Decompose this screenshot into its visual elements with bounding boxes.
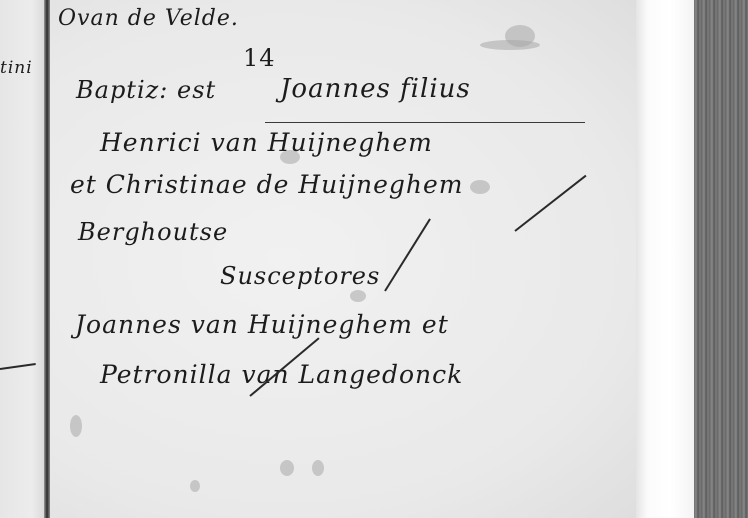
ink-stain — [190, 480, 200, 492]
previous-entry-line: Ovan de Velde. — [58, 6, 239, 31]
place-name: Berghoutse — [78, 218, 228, 246]
register-page: Ovan de Velde. 14 Baptiz: est Joannes fi… — [50, 0, 636, 518]
baptized-label: Baptiz: est — [76, 76, 216, 104]
susceptores-heading: Susceptores — [220, 262, 380, 290]
left-page: tini — [0, 0, 46, 518]
godfather-name: Joannes van Huijneghem et — [75, 310, 449, 339]
underline — [265, 122, 585, 123]
ink-stain — [70, 415, 82, 437]
father-name: Henrici van Huijneghem — [100, 128, 433, 157]
correction-stroke — [384, 218, 431, 291]
page-edge — [636, 0, 694, 518]
child-name: Joannes filius — [280, 74, 471, 104]
margin-fragment: tini — [0, 58, 33, 78]
entry-number: 14 — [243, 44, 276, 72]
ink-stain — [280, 460, 294, 476]
correction-stroke — [514, 175, 586, 232]
godmother-name: Petronilla van Langedonck — [100, 360, 463, 389]
margin-stroke — [0, 363, 36, 370]
mother-name: et Christinae de Huijneghem — [70, 170, 463, 199]
book-cover-edge — [694, 0, 748, 518]
ink-stain — [470, 180, 490, 194]
ink-stain — [350, 290, 366, 302]
ink-stain — [312, 460, 324, 476]
ink-stain — [480, 40, 540, 50]
